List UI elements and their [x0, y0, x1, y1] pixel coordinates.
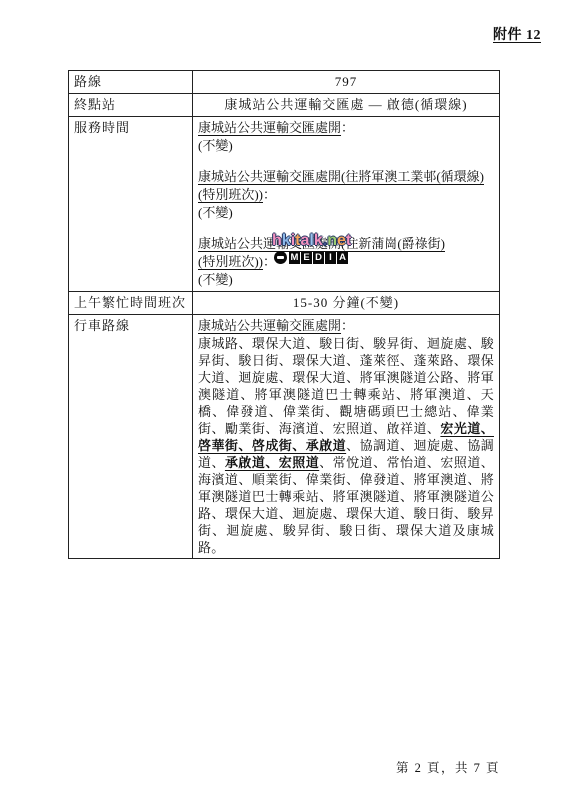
table-row-terminus: 終點站 康城站公共運輸交匯處 — 啟德(循環線) — [69, 94, 500, 117]
text-line: (特別班次))： — [198, 186, 494, 204]
am-peak-label: 上午繁忙時間班次 — [69, 292, 193, 315]
text-segment: 康城站公共運輸交匯處開 — [198, 120, 341, 135]
routing-heading: 康城站公共運輸交匯處開： — [198, 317, 494, 335]
text-segment: 、常悅道、常怡道、宏照道、海濱道、順業街、偉業街、偉發道、將軍澳道、將軍澳隧道巴… — [198, 455, 494, 555]
text-segment: 承啟道、宏照道 — [225, 455, 319, 470]
text-segment: ： — [341, 120, 354, 135]
document-page: 附件 12 路線 797 終點站 康城站公共運輸交匯處 — 啟德(循環線) 服務… — [0, 0, 566, 800]
text-segment: 康城站公共運輸交匯處開(往將軍澳工業邨(循環線) — [198, 169, 484, 184]
brand-letter: k — [282, 232, 291, 249]
media-letter-box: M — [289, 252, 300, 264]
service-hours-label: 服務時間 — [69, 117, 193, 292]
text-line: 康城站公共運輸交匯處開： — [198, 119, 494, 137]
route-label: 路線 — [69, 71, 193, 94]
media-letter-box: E — [301, 252, 312, 264]
text-segment: 康城站公共運輸交匯處開 — [198, 318, 341, 333]
page-number: 第 2 頁，共 7 頁 — [396, 758, 500, 776]
routing-value: 康城站公共運輸交匯處開： 康城路、環保大道、駿日街、駿昇街、迴旋處、駿昇街、駿日… — [193, 315, 500, 559]
watermark: hkitalk.net MEDIA — [272, 233, 351, 264]
table-row-routing: 行車路線 康城站公共運輸交匯處開： 康城路、環保大道、駿日街、駿昇街、迴旋處、駿… — [69, 315, 500, 559]
service-hours-value: 康城站公共運輸交匯處開：(不變) 康城站公共運輸交匯處開(往將軍澳工業邨(循環線… — [193, 117, 500, 292]
brand-letter: n — [327, 232, 337, 249]
text-line: (不變) — [198, 137, 494, 155]
text-line: (不變) — [198, 271, 494, 289]
brand-letter: k — [314, 232, 323, 249]
text-segment: (不變) — [198, 138, 233, 153]
text-segment: (特別班次)) — [198, 254, 263, 269]
text-segment: ： — [263, 187, 276, 202]
watermark-media-text: MEDIA — [289, 252, 348, 264]
terminus-value: 康城站公共運輸交匯處 — 啟德(循環線) — [193, 94, 500, 117]
routing-label: 行車路線 — [69, 315, 193, 559]
table-row-service-hours: 服務時間 康城站公共運輸交匯處開：(不變) 康城站公共運輸交匯處開(往將軍澳工業… — [69, 117, 500, 292]
media-letter-box: I — [325, 252, 336, 264]
text-line: (不變) — [198, 204, 494, 222]
routing-body: 康城路、環保大道、駿日街、駿昇街、迴旋處、駿昇街、駿日街、環保大道、蓬萊徑、蓬萊… — [198, 335, 494, 556]
table-row-am-peak: 上午繁忙時間班次 15-30 分鐘(不變) — [69, 292, 500, 315]
watermark-brand: hkitalk.net — [272, 233, 351, 249]
text-segment: (特別班次)) — [198, 187, 263, 202]
text-segment: (不變) — [198, 272, 233, 287]
brand-letter: h — [272, 232, 282, 249]
text-line: 康城站公共運輸交匯處開(往將軍澳工業邨(循環線) — [198, 168, 494, 186]
appendix-label: 附件 12 — [493, 24, 541, 44]
text-line — [198, 155, 494, 168]
brand-letter: t — [346, 232, 351, 249]
table-row-route: 路線 797 — [69, 71, 500, 94]
terminus-label: 終點站 — [69, 94, 193, 117]
media-letter-box: D — [313, 252, 324, 264]
route-info-table: 路線 797 終點站 康城站公共運輸交匯處 — 啟德(循環線) 服務時間 康城站… — [68, 70, 500, 559]
brand-letter: e — [337, 232, 346, 249]
text-segment: ： — [341, 318, 354, 333]
watermark-media-row: MEDIA — [274, 251, 351, 264]
media-letter-box: A — [337, 252, 348, 264]
media-circle-icon — [274, 251, 287, 264]
route-number: 797 — [193, 71, 500, 94]
text-segment: (不變) — [198, 205, 233, 220]
am-peak-value: 15-30 分鐘(不變) — [193, 292, 500, 315]
